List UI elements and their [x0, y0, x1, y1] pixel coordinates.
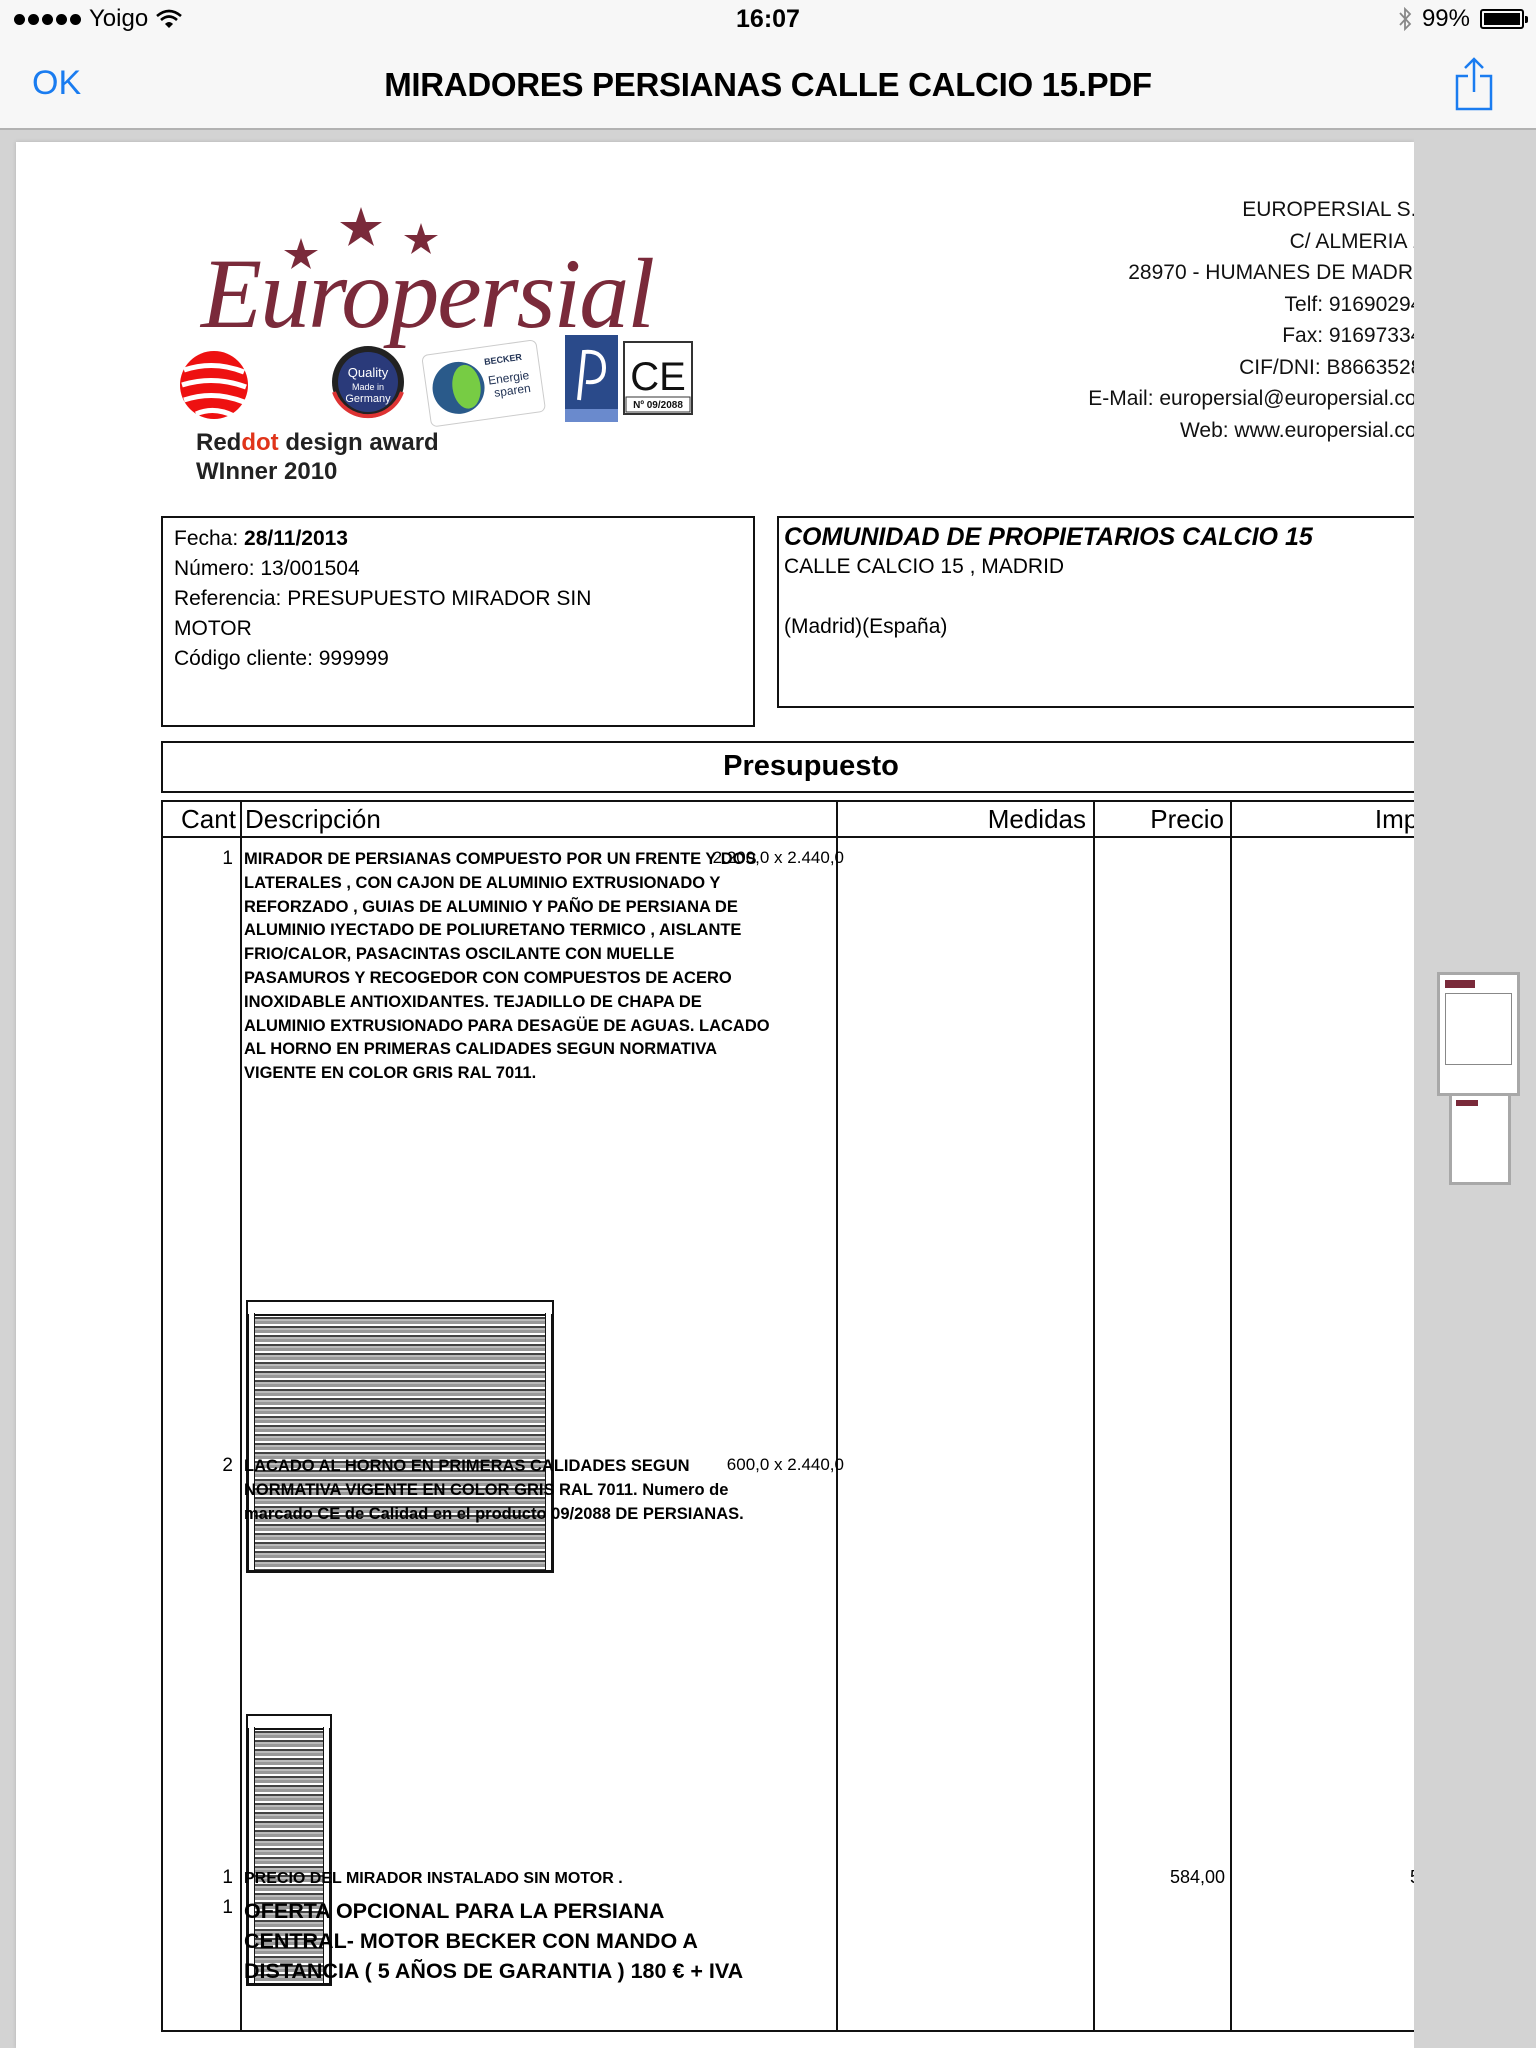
row-importe: 0,00 [1365, 848, 1414, 868]
company-details: EUROPERSIAL S.L.C/ ALMERIA 1128970 - HUM… [1088, 194, 1414, 446]
status-bar: Yoigo 16:07 99% [0, 0, 1536, 42]
row-importe: 0,00 [1365, 1898, 1414, 1919]
company-line: CIF/DNI: B86635281 [1088, 352, 1414, 384]
header-importe: Importe [1375, 804, 1414, 835]
header-descripcion: Descripción [245, 804, 381, 835]
client-box: COMUNIDAD DE PROPIETARIOS CALCIO 15 CALL… [777, 516, 1414, 708]
share-icon[interactable] [1454, 56, 1494, 112]
clock: 16:07 [0, 5, 1536, 34]
svg-text:Germany: Germany [345, 393, 391, 405]
quote-table: Cant Descripción Medidas Precio Importe … [161, 800, 1414, 2032]
row-descripcion: LACADO AL HORNO EN PRIMERAS CALIDADES SE… [244, 1455, 779, 1526]
svg-text:Made in: Made in [352, 382, 384, 392]
company-line: Web: www.europersial.com [1088, 415, 1414, 447]
thumbnail-logo [1456, 1100, 1478, 1106]
page-thumbnail-sidebar[interactable] [1414, 130, 1536, 2048]
row-descripcion: PRECIO DEL MIRADOR INSTALADO SIN MOTOR . [244, 1867, 784, 1891]
svg-text:Europersial: Europersial [199, 238, 653, 349]
navigation-bar: OK MIRADORES PERSIANAS CALLE CALCIO 15.P… [0, 42, 1536, 130]
svg-text:Quality: Quality [348, 365, 389, 380]
thumbnail-page-2[interactable] [1449, 1093, 1511, 1185]
row-cant: 1 [163, 1867, 233, 1889]
thumbnail-logo [1445, 980, 1475, 988]
company-line: Fax: 916973347 [1088, 320, 1414, 352]
header-precio: Precio [1150, 804, 1224, 835]
row-cant: 1 [163, 1897, 233, 1919]
becker-professional-badge [565, 335, 618, 422]
reddot-badge [180, 351, 248, 419]
wide-shutter-drawing [246, 1300, 554, 1573]
europersial-logo-art: Europersial Quality Made in Germany [176, 192, 736, 492]
referencia-line: Referencia: PRESUPUESTO MIRADOR SIN MOTO… [174, 584, 644, 644]
numero-line: Número: 13/001504 [174, 554, 742, 584]
company-line: EUROPERSIAL S.L. [1088, 194, 1414, 226]
battery-info: 99% [1398, 5, 1524, 33]
svg-text:Reddot design award: Reddot design award [196, 429, 439, 456]
quote-info-box: Fecha: 28/11/2013 Número: 13/001504 Refe… [161, 516, 755, 727]
company-line: 28970 - HUMANES DE MADRID [1088, 257, 1414, 289]
company-line: C/ ALMERIA 11 [1088, 226, 1414, 258]
row-cant: 1 [163, 848, 233, 870]
fecha-line: Fecha: 28/11/2013 [174, 524, 742, 554]
row-medidas: 600,0 x 2.440,0 [727, 1455, 844, 1475]
battery-icon [1480, 9, 1524, 29]
row-importe: 584,00 [1365, 1867, 1414, 1888]
thumbnail-table [1445, 993, 1512, 1065]
column-divider [1093, 802, 1095, 2030]
row-descripcion: MIRADOR DE PERSIANAS COMPUESTO POR UN FR… [244, 848, 784, 1086]
row-cant: 2 [163, 1455, 233, 1477]
thumbnail-page-1[interactable] [1437, 972, 1520, 1096]
document-title: MIRADORES PERSIANAS CALLE CALCIO 15.PDF [0, 66, 1536, 104]
svg-text:CE: CE [630, 355, 686, 399]
fecha-value: 28/11/2013 [244, 527, 348, 550]
company-logo: Europersial Quality Made in Germany [176, 192, 736, 492]
section-title: Presupuesto [161, 741, 1414, 793]
battery-percent: 99% [1422, 5, 1470, 33]
row-descripcion: OFERTA OPCIONAL PARA LA PERSIANA CENTRAL… [244, 1896, 774, 1986]
becker-energie-sparen-badge: BECKER Energie sparen [422, 340, 546, 427]
client-name: COMUNIDAD DE PROPIETARIOS CALCIO 15 [784, 522, 1414, 552]
client-address: CALLE CALCIO 15 , MADRID [784, 552, 1414, 582]
row-importe: 0,00 [1365, 1455, 1414, 1475]
svg-text:Nº 09/2088: Nº 09/2088 [633, 400, 683, 411]
svg-text:WInner 2010: WInner 2010 [196, 458, 337, 485]
quality-made-in-germany-badge: Quality Made in Germany [332, 346, 404, 418]
header-medidas: Medidas [988, 804, 1086, 835]
table-header: Cant Descripción Medidas Precio Importe [163, 802, 1414, 838]
pdf-page: Europersial Quality Made in Germany [16, 142, 1414, 2048]
row-precio: 584,00 [1170, 1867, 1225, 1888]
company-line: Telf: 916902941 [1088, 289, 1414, 321]
ce-mark-badge: CE Nº 09/2088 [624, 342, 692, 414]
bluetooth-icon [1398, 7, 1412, 31]
header-cant: Cant [181, 804, 236, 835]
client-region: (Madrid)(España) [784, 612, 1414, 642]
column-divider [240, 802, 242, 2030]
pdf-viewer[interactable]: Europersial Quality Made in Germany [0, 130, 1536, 2048]
codigo-cliente-line: Código cliente: 999999 [174, 644, 742, 674]
column-divider [836, 802, 838, 2030]
company-line: E-Mail: europersial@europersial.com [1088, 383, 1414, 415]
column-divider [1230, 802, 1232, 2030]
row-medidas: 2.200,0 x 2.440,0 [713, 848, 844, 868]
